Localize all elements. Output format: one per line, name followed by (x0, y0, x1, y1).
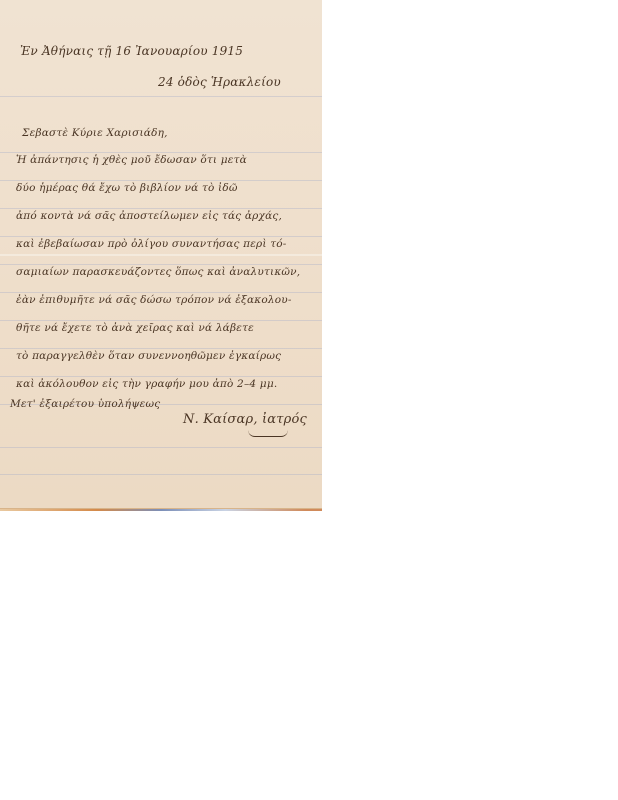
body-line: θῆτε νά ἔχετε τὸ ἀνὰ χεῖρας καὶ νά λάβετ… (16, 322, 254, 334)
body-line: δύο ἡμέρας θά ἔχω τὸ βιβλίον νά τὸ ἰδῶ (16, 182, 238, 194)
ruled-line (0, 180, 322, 181)
ruled-line (0, 348, 322, 349)
body-line: καὶ ἀκόλουθον εἰς τὴν γραφήν μου ἀπὸ 2–4… (16, 378, 277, 390)
ruled-line (0, 292, 322, 293)
body-line: σαμιαίων παρασκευάζοντες ὅπως καὶ ἀναλυτ… (16, 266, 300, 278)
body-line: τὸ παραγγελθὲν ὅταν συνεννοηθῶμεν ἐγκαίρ… (16, 350, 281, 362)
ruled-line (0, 96, 322, 97)
body-line: Ἡ ἀπάντησις ἡ χθὲς μοῦ ἔδωσαν ὅτι μετὰ (16, 154, 247, 166)
ruled-line (0, 236, 322, 237)
paper-fold-crease (0, 254, 322, 256)
body-line: καὶ ἐβεβαίωσαν πρὸ ὀλίγου συναντήσας περ… (16, 238, 287, 250)
place-date: Ἐν Ἀθήναις τῇ 16 Ἰανουαρίου 1915 (20, 44, 243, 58)
ruled-line (0, 474, 322, 475)
signature: Ν. Καίσαρ, ἰατρός (183, 412, 307, 427)
body-line: ἐὰν ἐπιθυμῆτε νά σᾶς δώσω τρόπον νά ἐξακ… (16, 294, 292, 306)
letter-page: Ἐν Ἀθήναις τῇ 16 Ἰανουαρίου 1915 24 ὁδὸς… (0, 0, 322, 510)
ruled-line (0, 376, 322, 377)
ruled-line (0, 320, 322, 321)
signature-flourish (248, 430, 288, 437)
address: 24 ὁδὸς Ἡρακλείου (158, 75, 281, 89)
salutation: Σεβαστὲ Κύριε Χαρισιάδη, (22, 127, 168, 139)
ruled-line (0, 264, 322, 265)
ruled-line (0, 152, 322, 153)
body-line: ἀπό κοντὰ νά σᾶς ἀποστείλωμεν εἰς τάς ἀρ… (16, 210, 282, 222)
ruled-line (0, 208, 322, 209)
ruled-line (0, 447, 322, 448)
closing-line: Μετ' ἐξαιρέτου ὑπολήψεως (10, 398, 160, 410)
